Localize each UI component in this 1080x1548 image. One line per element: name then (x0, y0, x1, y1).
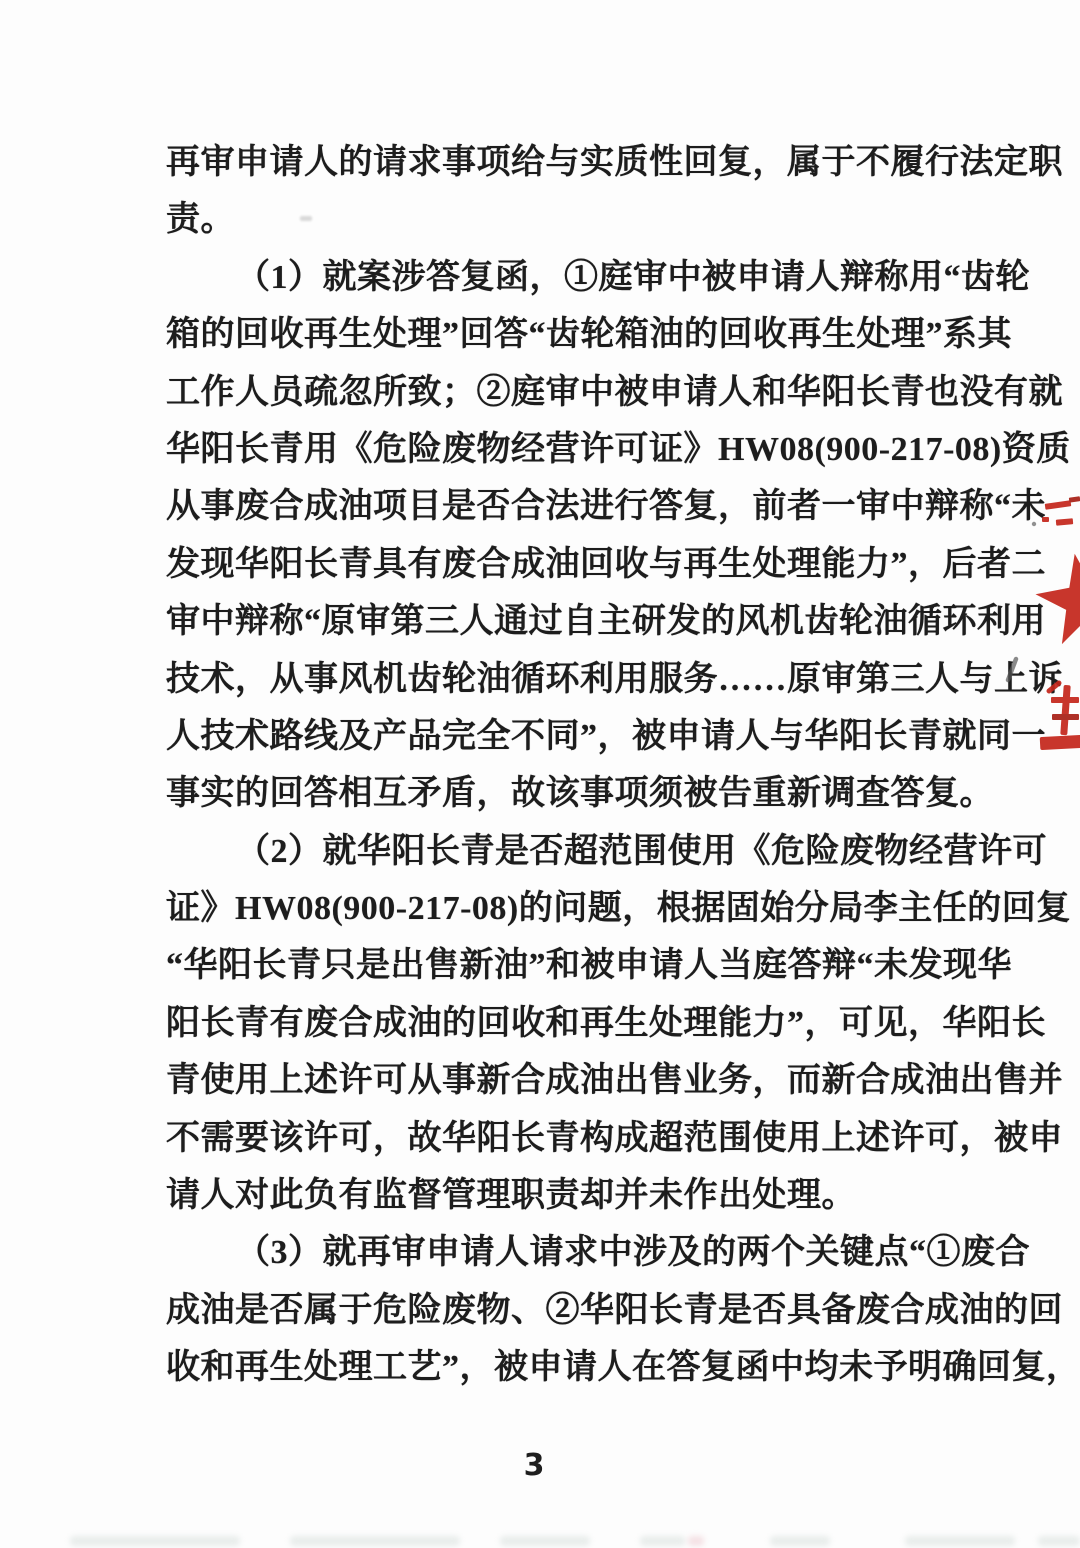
official-red-seal-partial-icon (1005, 493, 1080, 763)
text-line: （3）就再审申请人请求中涉及的两个关键点“①废合 (166, 1224, 941, 1281)
text-line: （1）就案涉答复函，①庭审中被申请人辩称用“齿轮 (166, 249, 941, 306)
text-line: 华阳长青用《危险废物经营许可证》HW08(900-217-08)资质 (166, 421, 941, 478)
text-line: 审中辩称“原审第三人通过自主研发的风机齿轮油循环利用 (166, 593, 941, 650)
bleed-smudge (70, 1536, 240, 1546)
page-bleed-through (0, 1532, 1080, 1548)
text-line: 技术，从事风机齿轮油循环利用服务……原审第三人与上诉 (166, 651, 941, 708)
bleed-smudge (1038, 1536, 1080, 1546)
text-line: 阳长青有废合成油的回收和再生处理能力”，可见，华阳长 (166, 995, 941, 1052)
bleed-smudge (905, 1536, 1015, 1546)
seal-slash-mark-icon (1008, 659, 1016, 680)
seal-top-strokes-icon (1032, 496, 1080, 526)
text-line: 工作人员疏忽所致；②庭审中被申请人和华阳长青也没有就 (166, 364, 941, 421)
text-line: （2）就华阳长青是否超范围使用《危险废物经营许可 (166, 823, 941, 880)
text-line: 发现华阳长青具有废合成油回收与再生处理能力”，后者二 (166, 536, 941, 593)
bleed-smudge (688, 1536, 704, 1546)
text-line: 不需要该许可，故华阳长青构成超范围使用上述许可，被申 (166, 1110, 941, 1167)
bleed-smudge (770, 1536, 830, 1546)
text-line: 收和再生处理工艺”，被申请人在答复函中均未予明确回复， (166, 1339, 941, 1396)
scanned-document-page: 再审申请人的请求事项给与实质性回复，属于不履行法定职 责。 （1）就案涉答复函，… (0, 0, 1080, 1548)
scan-artifact (300, 216, 312, 221)
seal-star-icon (1036, 554, 1080, 644)
document-body: 再审申请人的请求事项给与实质性回复，属于不履行法定职 责。 （1）就案涉答复函，… (166, 134, 941, 1397)
text-line: 人技术路线及产品完全不同”，被申请人与华阳长青就同一 (166, 708, 941, 765)
bleed-smudge (500, 1536, 590, 1546)
text-line: “华阳长青只是出售新油”和被申请人当庭答辩“未发现华 (166, 937, 941, 994)
text-line: 事实的回答相互矛盾，故该事项须被告重新调查答复。 (166, 765, 941, 822)
bleed-smudge (640, 1536, 685, 1546)
bleed-smudge (290, 1536, 460, 1546)
seal-bottom-strokes-icon (1040, 683, 1080, 750)
text-line: 箱的回收再生处理”回答“齿轮箱油的回收再生处理”系其 (166, 306, 941, 363)
page-number: 3 (0, 1448, 1068, 1483)
text-line: 证》HW08(900-217-08)的问题，根据固始分局李主任的回复 (166, 880, 941, 937)
text-line: 青使用上述许可从事新合成油出售业务，而新合成油出售并 (166, 1052, 941, 1109)
text-line: 责。 (166, 191, 941, 248)
text-line: 从事废合成油项目是否合法进行答复，前者一审中辩称“未 (166, 478, 941, 535)
text-line: 再审申请人的请求事项给与实质性回复，属于不履行法定职 (166, 134, 941, 191)
text-line: 请人对此负有监督管理职责却并未作出处理。 (166, 1167, 941, 1224)
text-line: 成油是否属于危险废物、②华阳长青是否具备废合成油的回 (166, 1282, 941, 1339)
